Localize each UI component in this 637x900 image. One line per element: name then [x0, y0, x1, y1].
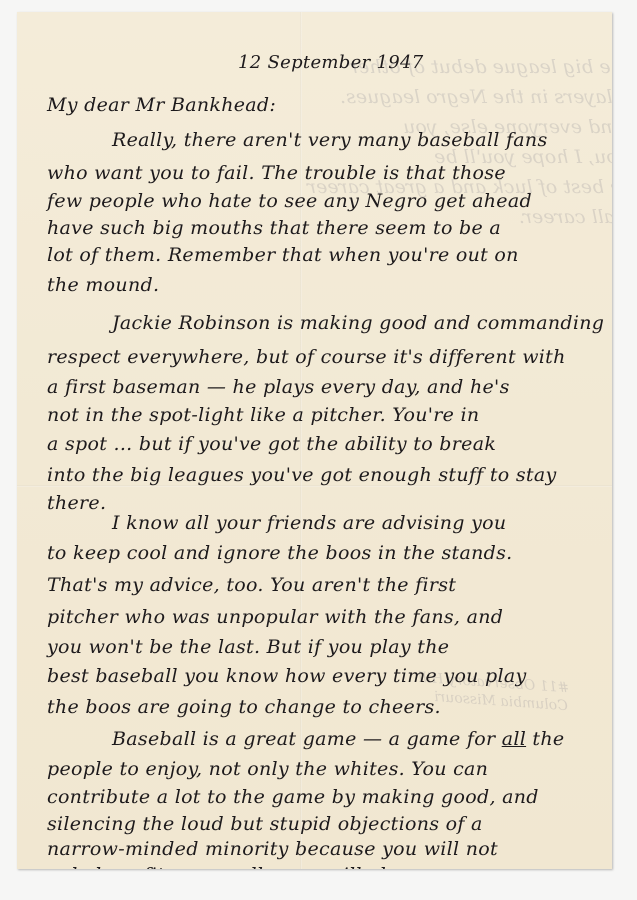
letter-line: you won't be the last. But if you play t…: [47, 636, 449, 658]
letter-line: to keep cool and ignore the boos in the …: [47, 542, 513, 564]
letter-line: into the big leagues you've got enough s…: [47, 464, 557, 486]
letter-line: best baseball you know how every time yo…: [47, 665, 527, 687]
letter-salutation: My dear Mr Bankhead:: [47, 94, 276, 116]
letter-line: who want you to fail. The trouble is tha…: [47, 162, 506, 184]
letter-line: not in the spot-light like a pitcher. Yo…: [47, 404, 479, 426]
letter-line: a first baseman — he plays every day, an…: [47, 376, 510, 398]
letter-line: only benefit personally, you will also p…: [47, 864, 461, 869]
letter-line: Really, there aren't very many baseball …: [112, 129, 548, 151]
letter-line: lot of them. Remember that when you're o…: [47, 244, 519, 266]
letter-line: there.: [47, 492, 106, 514]
letter-line: That's my advice, too. You aren't the fi…: [47, 574, 456, 596]
letter-date: 12 September 1947: [238, 52, 424, 73]
underlined-emphasis: all: [502, 728, 526, 750]
letter-page: the way for the big league debut of othe…: [17, 12, 612, 869]
letter-line: Baseball is a great game — a game for al…: [112, 728, 564, 750]
letter-line: the mound.: [47, 274, 159, 296]
letter-line: the boos are going to change to cheers.: [47, 696, 441, 718]
letter-line: Jackie Robinson is making good and comma…: [112, 312, 604, 334]
letter-line: a spot ... but if you've got the ability…: [47, 433, 496, 455]
letter-line: people to enjoy, not only the whites. Yo…: [47, 758, 488, 780]
letter-line: pitcher who was unpopular with the fans,…: [47, 606, 503, 628]
letter-line: contribute a lot to the game by making g…: [47, 786, 539, 808]
letter-line: few people who hate to see any Negro get…: [47, 190, 532, 212]
letter-line: narrow-minded minority because you will …: [47, 838, 498, 860]
letter-line: respect everywhere, but of course it's d…: [47, 346, 566, 368]
letter-line: have such big mouths that there seem to …: [47, 217, 501, 239]
letter-line: I know all your friends are advising you: [112, 512, 506, 534]
letter-line: silencing the loud but stupid objections…: [47, 813, 483, 835]
